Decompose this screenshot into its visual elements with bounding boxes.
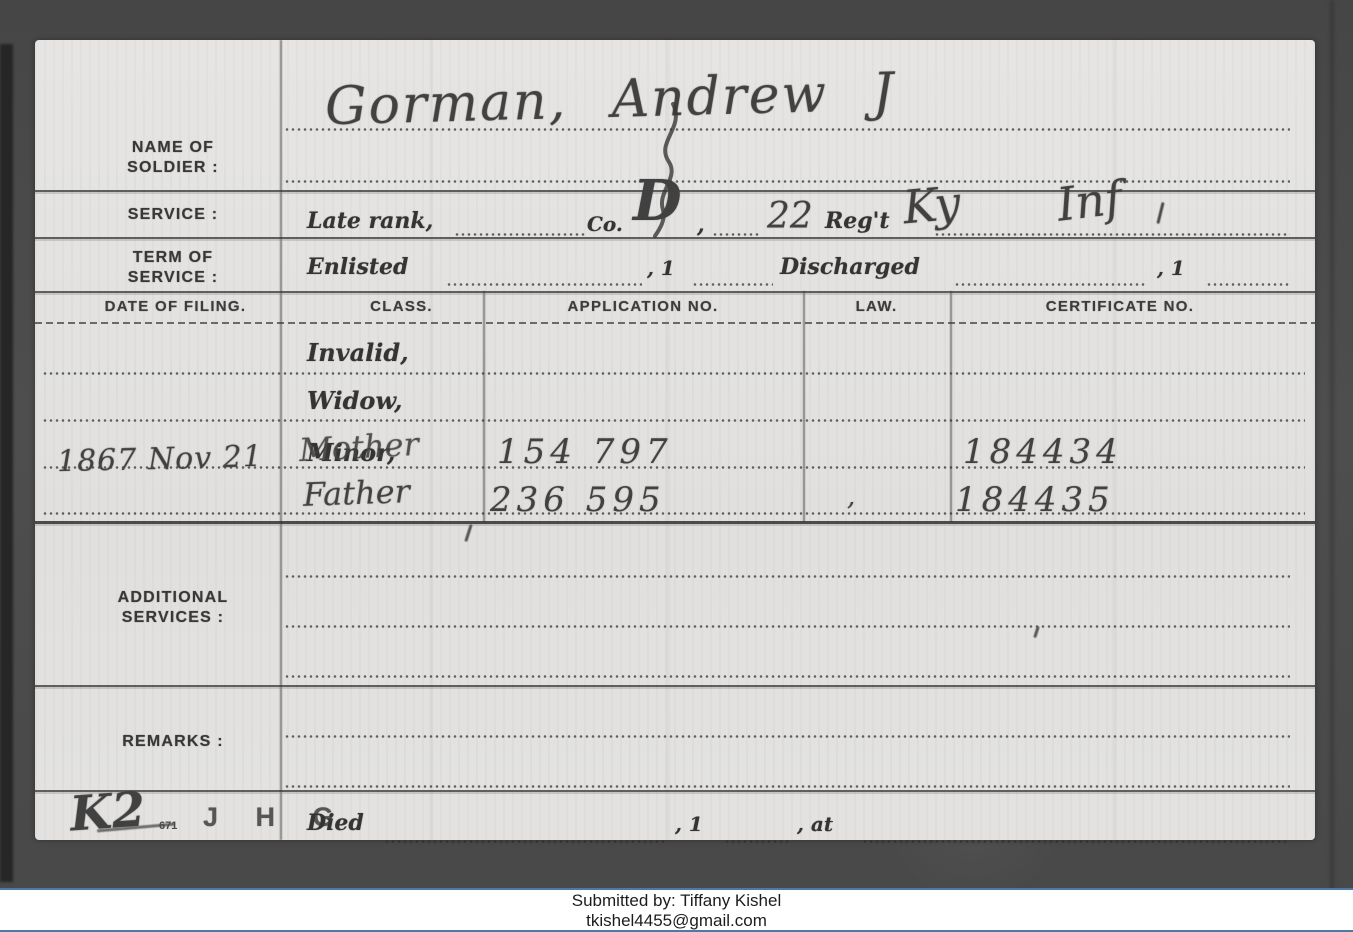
section-rule (35, 291, 1315, 293)
writing-line (285, 180, 1290, 183)
table-header-application-no: APPLICATION NO. (483, 298, 803, 315)
section-rule (35, 685, 1315, 687)
table-row-line (43, 512, 1305, 515)
class-invalid-printed: Invalid, (307, 338, 409, 367)
class-father-handwritten: Father (302, 472, 410, 514)
table-row-line (43, 419, 1305, 422)
writing-line (285, 735, 1290, 738)
application-no-2: 236 595 (490, 480, 666, 520)
name-of-soldier-label: NAME OF SOLDIER : (73, 138, 273, 178)
late-rank-printed: Late rank, (307, 208, 433, 234)
table-header-underline (35, 322, 1315, 324)
enlisted-printed: Enlisted (307, 254, 408, 280)
scan-edge-streak (1330, 0, 1334, 890)
table-bottom-rule (35, 521, 1315, 524)
comma-printed: , (697, 212, 705, 238)
section-rule (35, 790, 1315, 792)
pension-index-card: NAME OF SOLDIER : SERVICE : TERM OF SERV… (35, 40, 1315, 840)
leader-dots (447, 283, 642, 286)
stamp-code-handwritten: K2 (68, 781, 147, 842)
certificate-no-2: 184435 (955, 480, 1115, 520)
class-mother-handwritten: Mother (298, 425, 420, 469)
law-mark: , (847, 482, 855, 512)
remarks-label: REMARKS : (73, 732, 273, 752)
writing-line (285, 785, 1290, 788)
state-value: Ky (901, 176, 963, 235)
enlisted-number: , 1 (647, 256, 675, 280)
company-printed: Co. (587, 212, 623, 236)
discharged-printed: Discharged (780, 254, 920, 280)
regiment-number-value: 22 (767, 196, 813, 237)
stamp-small-number: 671 (159, 820, 177, 832)
submission-caption-strip: Submitted by: Tiffany Kishel tkishel4455… (0, 888, 1353, 932)
company-value: D (633, 168, 682, 234)
leader-dots (713, 233, 761, 236)
ink-stroke (1340, 191, 1353, 250)
table-header-law: LAW. (803, 298, 950, 315)
additional-services-label: ADDITIONAL SERVICES : (73, 588, 273, 628)
label-column-divider (280, 40, 282, 840)
table-header-date-of-filing: DATE OF FILING. (53, 298, 298, 315)
table-column-rule (803, 291, 805, 522)
ink-mark (464, 524, 472, 542)
class-widow-printed: Widow, (307, 386, 403, 415)
leader-dots (1207, 283, 1290, 286)
leader-dots (455, 233, 585, 236)
submitted-by-text: Submitted by: Tiffany Kishel (0, 891, 1353, 911)
service-label: SERVICE : (73, 205, 273, 225)
ink-stroke (1156, 202, 1164, 224)
leader-dots (863, 840, 1290, 843)
term-of-service-label: TERM OF SERVICE : (73, 248, 273, 288)
writing-line (285, 625, 1290, 628)
table-row-line (43, 372, 1305, 375)
soldier-name-value: Gorman, Andrew J (324, 63, 896, 138)
date-of-filing-value: 1867 Nov 21 (57, 439, 264, 479)
leader-dots (725, 840, 791, 843)
application-no-1: 154 797 (497, 432, 673, 472)
died-at-printed: , at (797, 812, 833, 836)
scan-edge-shadow (0, 44, 13, 882)
writing-line (285, 575, 1290, 578)
leader-dots (693, 283, 773, 286)
leader-dots (935, 233, 1290, 236)
died-number: , 1 (675, 812, 703, 836)
leader-dots (955, 283, 1145, 286)
submitter-email: tkishel4455@gmail.com (0, 911, 1353, 931)
table-header-certificate-no: CERTIFICATE NO. (950, 298, 1290, 315)
certificate-no-1: 184434 (963, 432, 1123, 472)
scanned-page-background: NAME OF SOLDIER : SERVICE : TERM OF SERV… (0, 0, 1353, 932)
table-column-rule (483, 291, 485, 522)
paper-fold (430, 40, 432, 840)
discharged-number: , 1 (1157, 256, 1185, 280)
arm-of-service-value: Inf (1054, 170, 1125, 231)
died-printed: Died (307, 810, 364, 836)
leader-dots (385, 840, 665, 843)
writing-line (285, 675, 1290, 678)
table-column-rule (950, 291, 952, 522)
regiment-printed: Reg't (825, 208, 890, 234)
table-header-class: CLASS. (300, 298, 503, 315)
